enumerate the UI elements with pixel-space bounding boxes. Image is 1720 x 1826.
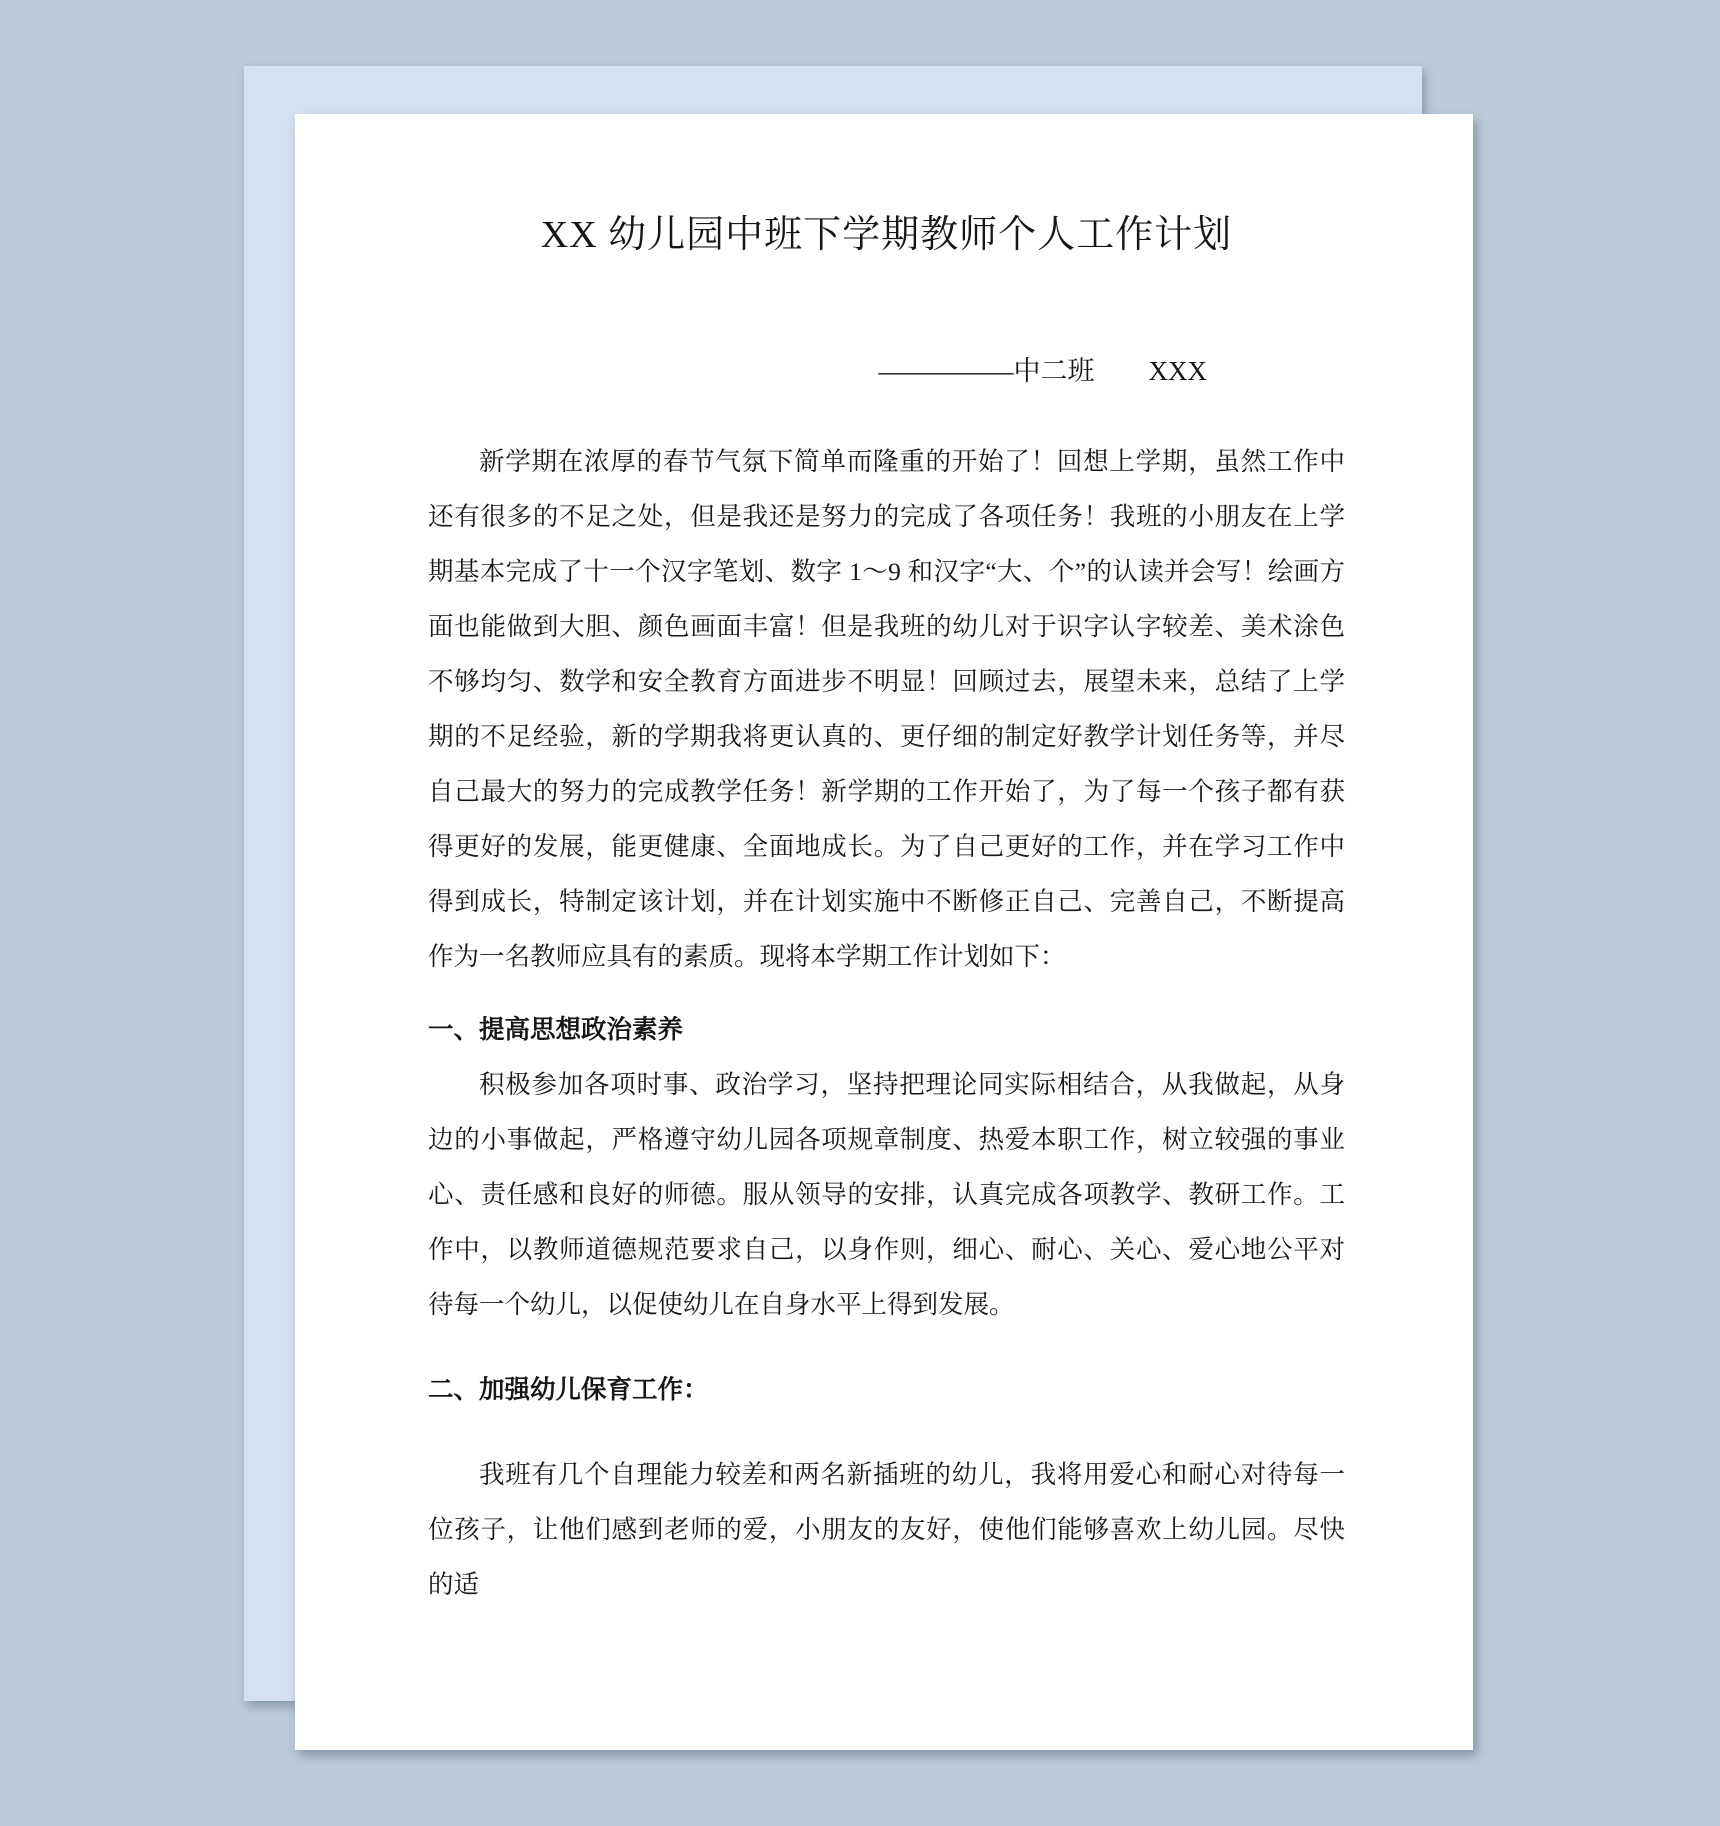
section-heading-political-quality: 一、提高思想政治素养 [428, 1002, 1345, 1057]
section-heading-childcare: 二、加强幼儿保育工作： [428, 1362, 1345, 1417]
document-title: XX 幼儿园中班下学期教师个人工作计划 [428, 210, 1345, 261]
document-page: XX 幼儿园中班下学期教师个人工作计划 —————中二班 XXX 新学期在浓厚的… [295, 114, 1473, 1750]
paragraph-intro: 新学期在浓厚的春节气氛下简单而隆重的开始了！回想上学期，虽然工作中还有很多的不足… [428, 434, 1345, 984]
document-byline: —————中二班 XXX [428, 351, 1345, 391]
paragraph-political-quality: 积极参加各项时事、政治学习，坚持把理论同实际相结合，从我做起，从身边的小事做起，… [428, 1057, 1345, 1332]
paragraph-childcare: 我班有几个自理能力较差和两名新插班的幼儿，我将用爱心和耐心对待每一位孩子，让他们… [428, 1447, 1345, 1612]
